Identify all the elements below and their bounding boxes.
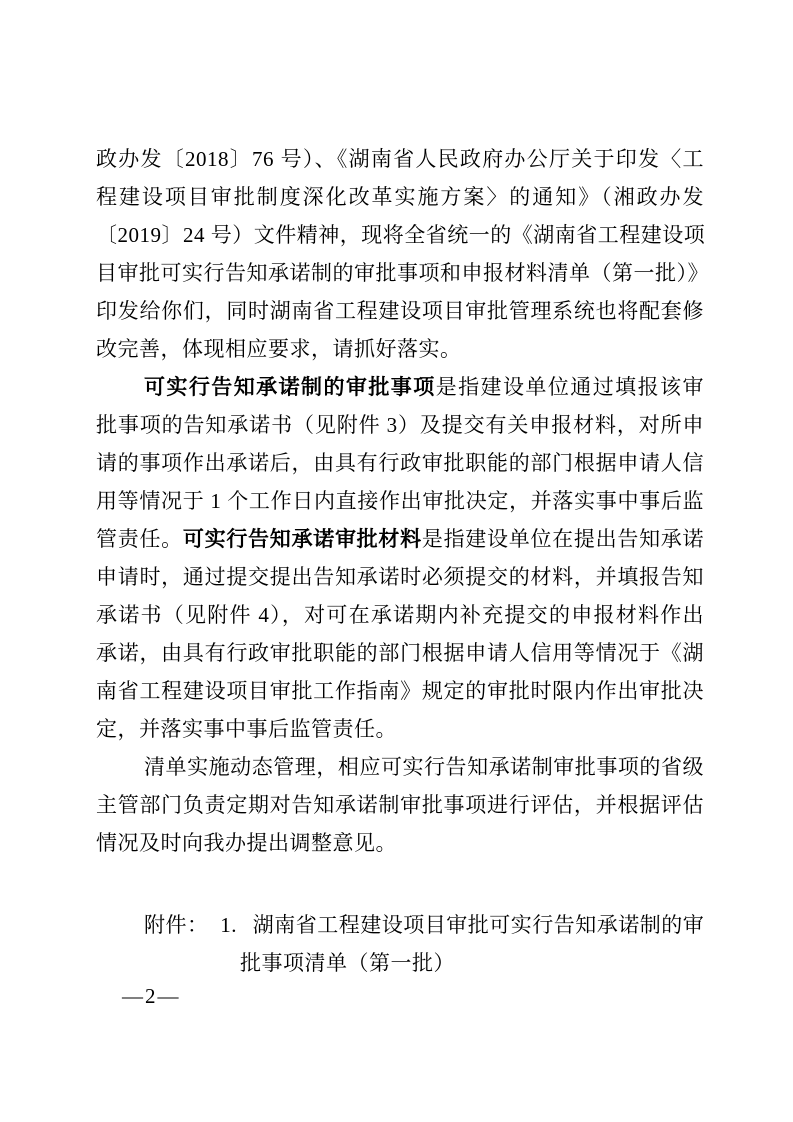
bold-text-segment: 可实行告知承诺审批材料 [183,527,422,551]
text-line: 改完善，体现相应要求，请抓好落实。 [96,330,704,368]
text-line: 政办发〔2018〕76 号）、《湖南省人民政府办公厅关于印发〈工 [96,140,704,178]
text-line: 承诺书（见附件 4），对可在承诺期内补充提交的申报材料作出 [96,596,704,634]
text-segment: 目审批可实行告知承诺制的审批事项和申报材料清单（第一批）》 [96,261,709,285]
text-segment: 〔2019〕24 号）文件精神，现将全省统一的《湖南省工程建设项 [96,223,705,247]
text-line: 〔2019〕24 号）文件精神，现将全省统一的《湖南省工程建设项 [96,216,704,254]
text-segment: 管责任。 [96,527,183,551]
text-segment: 批事项的告知承诺书（见附件 3）及提交有关申报材料，对所申 [96,413,704,437]
text-segment: 用等情况于 1 个工作日内直接作出审批决定，并落实事中事后监 [96,489,704,513]
text-line: 情况及时向我办提出调整意见。 [96,824,704,862]
text-segment: 印发给你们，同时湖南省工程建设项目审批管理系统也将配套修 [96,299,704,323]
bold-text-segment: 可实行告知承诺制的审批事项 [144,375,436,399]
text-segment: 清单实施动态管理，相应可实行告知承诺制审批事项的省级 [144,755,704,779]
attachment-item-text: 湖南省工程建设项目审批可实行告知承诺制的审 [253,913,705,937]
text-line: 承诺，由具有行政审批职能的部门根据申请人信用等情况于《湖 [96,634,704,672]
text-line: 请的事项作出承诺后，由具有行政审批职能的部门根据申请人信 [96,444,704,482]
text-line: 程建设项目审批制度深化改革实施方案〉的通知》（湘政办发 [96,178,704,216]
text-line: 印发给你们，同时湖南省工程建设项目审批管理系统也将配套修 [96,292,704,330]
paragraphs-container: 政办发〔2018〕76 号）、《湖南省人民政府办公厅关于印发〈工程建设项目审批制… [96,140,704,862]
text-segment: 南省工程建设项目审批工作指南》规定的审批时限内作出审批决 [96,679,704,703]
text-segment: 情况及时向我办提出调整意见。 [96,831,397,855]
document-body: 政办发〔2018〕76 号）、《湖南省人民政府办公厅关于印发〈工程建设项目审批制… [96,140,704,982]
text-line: 管责任。可实行告知承诺审批材料是指建设单位在提出告知承诺 [96,520,704,558]
text-segment: 主管部门负责定期对告知承诺制审批事项进行评估，并根据评估 [96,793,704,817]
text-segment: 承诺书（见附件 4），对可在承诺期内补充提交的申报材料作出 [96,603,704,627]
attachment-line-1: 附件： 1. 湖南省工程建设项目审批可实行告知承诺制的审 [96,906,704,944]
text-segment: 定，并落实事中事后监管责任。 [96,717,397,741]
text-segment: 请的事项作出承诺后，由具有行政审批职能的部门根据申请人信 [96,451,704,475]
paragraph-dynamic-management: 清单实施动态管理，相应可实行告知承诺制审批事项的省级主管部门负责定期对告知承诺制… [96,748,704,862]
text-line: 南省工程建设项目审批工作指南》规定的审批时限内作出审批决 [96,672,704,710]
attachment-label: 附件： [144,913,209,937]
text-line: 目审批可实行告知承诺制的审批事项和申报材料清单（第一批）》 [96,254,704,292]
paragraph-definitions: 可实行告知承诺制的审批事项是指建设单位通过填报该审批事项的告知承诺书（见附件 3… [96,368,704,748]
text-line: 可实行告知承诺制的审批事项是指建设单位通过填报该审 [96,368,704,406]
text-segment: 申请时，通过提交提出告知承诺时必须提交的材料，并填报告知 [96,565,704,589]
page-number: —2— [122,984,181,1008]
text-line: 主管部门负责定期对告知承诺制审批事项进行评估，并根据评估 [96,786,704,824]
text-segment: 程建设项目审批制度深化改革实施方案〉的通知》（湘政办发 [96,185,704,209]
text-line: 定，并落实事中事后监管责任。 [96,710,704,748]
attachment-line-2: 批事项清单（第一批） [240,944,704,982]
document-page: 政办发〔2018〕76 号）、《湖南省人民政府办公厅关于印发〈工程建设项目审批制… [0,0,793,1122]
text-segment: 改完善，体现相应要求，请抓好落实。 [96,337,462,361]
text-segment: 是指建设单位在提出告知承诺 [422,527,704,551]
text-line: 用等情况于 1 个工作日内直接作出审批决定，并落实事中事后监 [96,482,704,520]
text-segment: 承诺，由具有行政审批职能的部门根据申请人信用等情况于《湖 [96,641,704,665]
text-line: 清单实施动态管理，相应可实行告知承诺制审批事项的省级 [96,748,704,786]
text-line: 申请时，通过提交提出告知承诺时必须提交的材料，并填报告知 [96,558,704,596]
text-segment: 是指建设单位通过填报该审 [436,375,704,399]
text-segment: 政办发〔2018〕76 号）、《湖南省人民政府办公厅关于印发〈工 [96,147,704,171]
paragraph-continuation: 政办发〔2018〕76 号）、《湖南省人民政府办公厅关于印发〈工程建设项目审批制… [96,140,704,368]
attachment-item-number: 1. [220,913,237,937]
attachment-section: 附件： 1. 湖南省工程建设项目审批可实行告知承诺制的审 批事项清单（第一批） [96,906,704,982]
text-line: 批事项的告知承诺书（见附件 3）及提交有关申报材料，对所申 [96,406,704,444]
